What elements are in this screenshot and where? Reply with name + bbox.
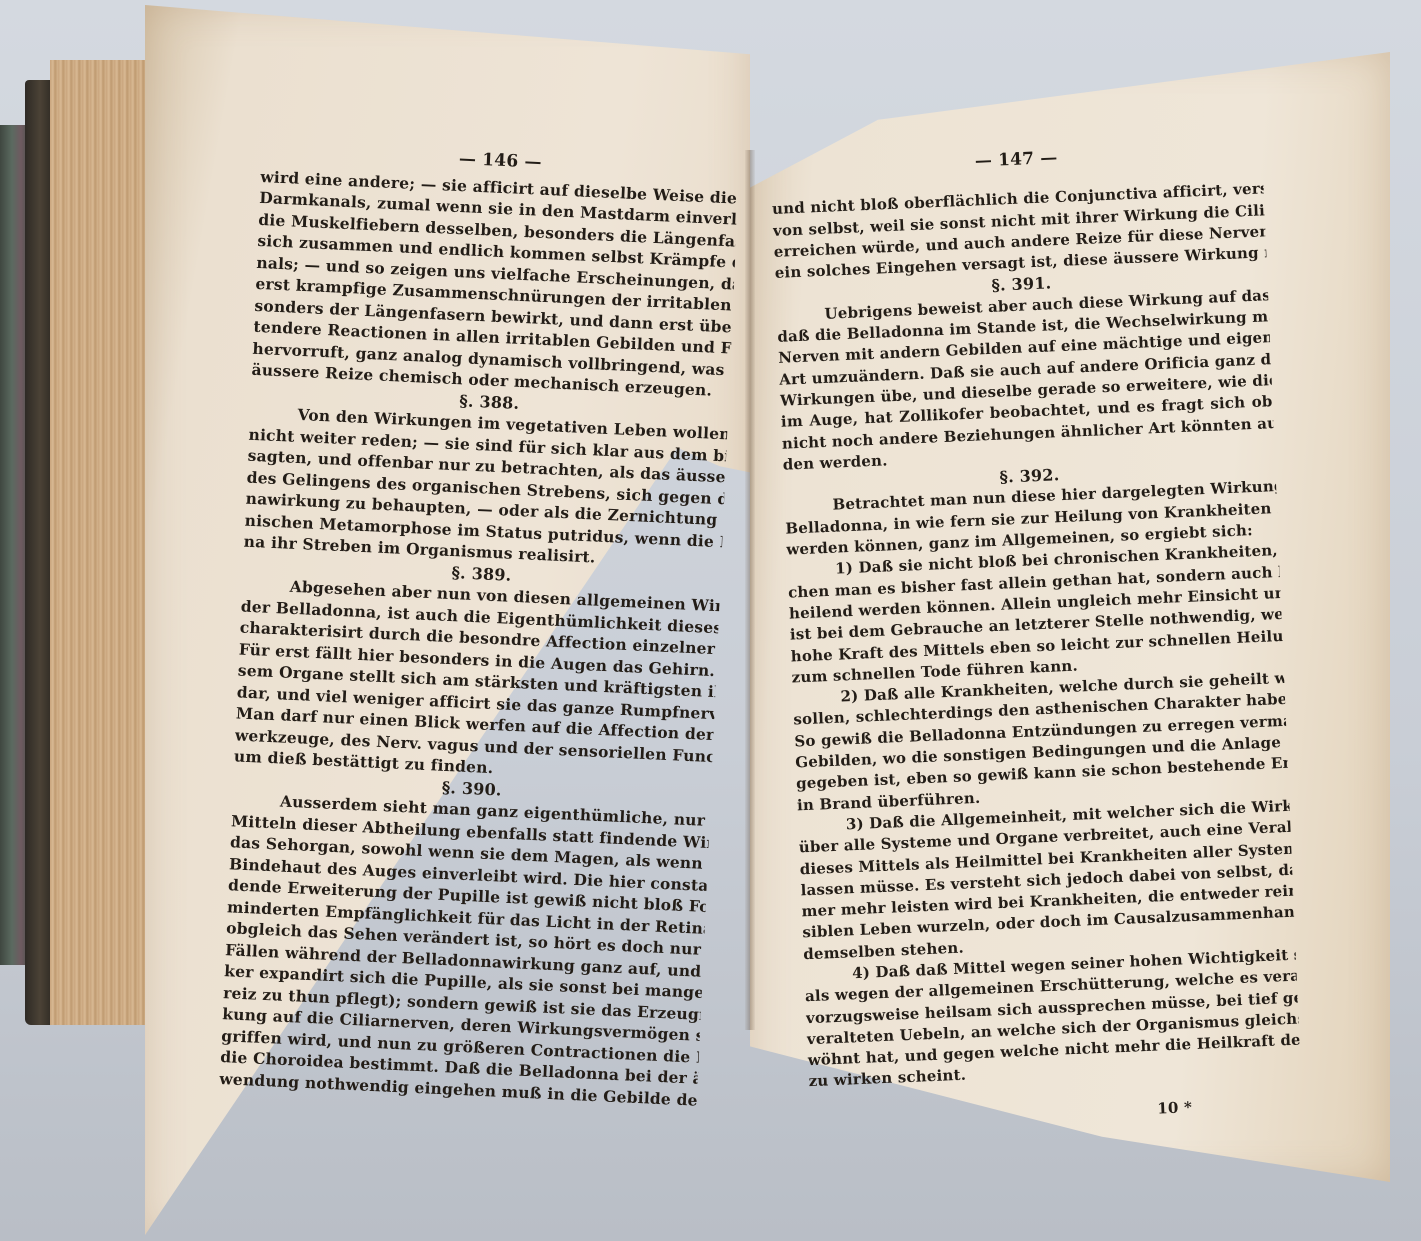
paragraph: Uebrigens beweist aber auch diese Wirkun… bbox=[776, 285, 1275, 476]
paragraph: wird eine andere; — sie afficirt auf die… bbox=[251, 165, 738, 401]
numbered-item: 3) Daß die Allgemeinheit, mit welcher si… bbox=[798, 796, 1296, 966]
book-gutter bbox=[745, 150, 755, 1030]
paragraph: Von den Wirkungen im vegetativen Leben w… bbox=[243, 402, 727, 574]
left-page-text: — 146 — wird eine andere; — sie afficirt… bbox=[219, 140, 740, 1111]
numbered-item: 1) Daß sie nicht bloß bei chronischen Kr… bbox=[787, 540, 1284, 688]
paragraph: Ausserdem sieht man ganz eigenthümliche,… bbox=[219, 788, 710, 1110]
paragraph: Abgesehen aber nun von diesen allgemeine… bbox=[234, 574, 720, 789]
numbered-item: 4) Daß daß Mittel wegen seiner hohen Wic… bbox=[804, 945, 1301, 1093]
page-block-edges bbox=[50, 60, 145, 1025]
right-page-text: — 147 — und nicht bloß oberflächlich die… bbox=[770, 139, 1302, 1134]
numbered-item: 2) Daß alle Krankheiten, welche durch si… bbox=[792, 668, 1289, 816]
